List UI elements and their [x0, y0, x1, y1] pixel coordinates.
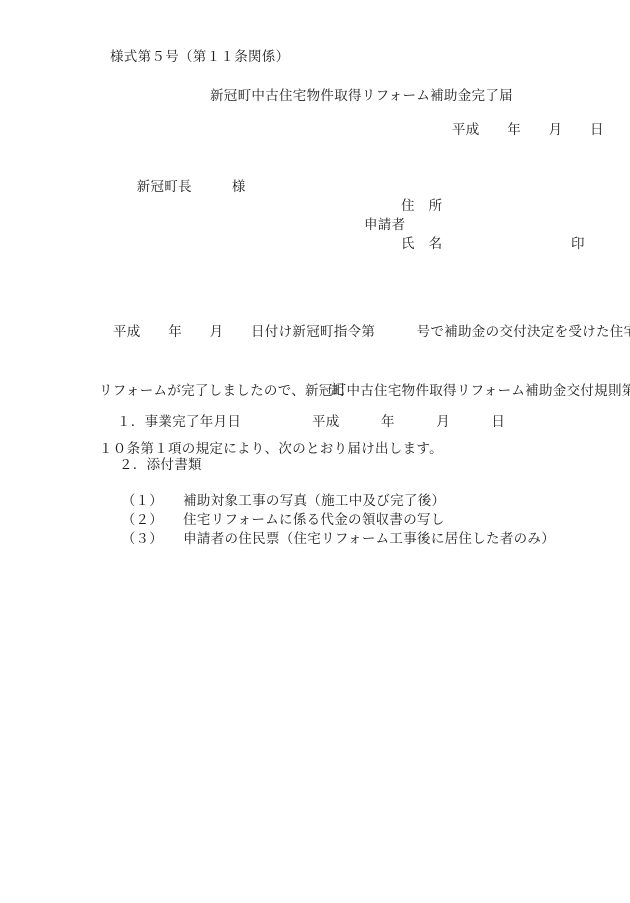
- ki-heading: 記: [331, 378, 345, 398]
- document-page: 様式第５号（第１１条関係） 新冠町中古住宅物件取得リフォーム補助金完了届 平成 …: [0, 0, 630, 903]
- applicant-group-label: 申請者: [364, 213, 405, 233]
- attachment-text: 申請者の住民票（住宅リフォーム工事後に居住した者のみ）: [183, 531, 555, 546]
- item1-completion-date-label: １．事業完了年月日: [117, 410, 241, 430]
- attachment-row: （３）申請者の住民票（住宅リフォーム工事後に居住した者のみ）: [107, 511, 555, 563]
- addressee-name: 新冠町長: [137, 179, 192, 194]
- applicant-address-label: 住 所: [401, 194, 442, 214]
- attachment-number: （３）: [122, 531, 163, 546]
- header-date-line: 平成 年 月 日: [452, 118, 604, 138]
- document-title: 新冠町中古住宅物件取得リフォーム補助金完了届: [210, 84, 513, 104]
- addressee-honorific: 様: [232, 179, 246, 194]
- item1-completion-date-value: 平成 年 月 日: [312, 410, 505, 430]
- form-number: 様式第５号（第１１条関係）: [110, 45, 289, 65]
- addressee-line: 新冠町長様: [122, 159, 246, 211]
- applicant-name-label: 氏 名: [401, 232, 442, 252]
- item2-attachments-label: ２．添付書類: [119, 453, 202, 473]
- body-line-1: 平成 年 月 日付け新冠町指令第 号で補助金の交付決定を受けた住宅: [99, 322, 581, 342]
- seal-mark: 印: [571, 232, 585, 252]
